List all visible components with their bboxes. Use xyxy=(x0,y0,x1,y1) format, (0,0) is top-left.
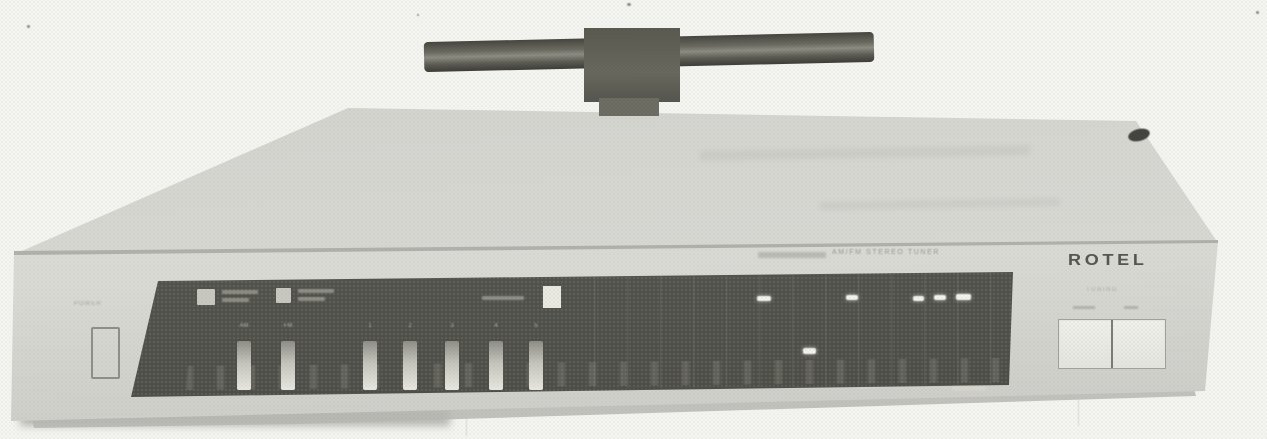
panel-caption-smudge xyxy=(482,296,524,300)
panel-caption-smudge xyxy=(298,297,325,301)
preset-lever xyxy=(445,341,459,390)
tuning-down-mark xyxy=(1073,306,1095,309)
preset-lever xyxy=(403,341,417,390)
power-label: POWER xyxy=(74,301,102,307)
antenna-stem xyxy=(599,98,659,116)
panel-caption-smudge xyxy=(952,386,986,391)
tuning-down-button xyxy=(1060,321,1111,367)
antenna-hub xyxy=(584,28,680,102)
paper-speck xyxy=(27,25,30,28)
panel-caption-smudge xyxy=(222,298,249,302)
preset-lever xyxy=(489,341,503,390)
band-lever-label: AM xyxy=(237,322,251,330)
indicator-lamp xyxy=(197,289,215,305)
rotel-logo: ROTEL xyxy=(1068,251,1148,269)
display-led-segment xyxy=(913,296,924,301)
display-led-segment xyxy=(956,294,971,300)
tuning-up-mark xyxy=(1124,306,1138,309)
preset-lever-label: 1 xyxy=(363,322,377,330)
paper-speck xyxy=(1256,11,1259,14)
indicator-lamp xyxy=(276,288,291,303)
preset-lever xyxy=(363,341,377,390)
preset-lever-label: 4 xyxy=(489,322,503,330)
preset-lever-label: 5 xyxy=(529,322,543,330)
panel-caption-smudge xyxy=(222,290,258,294)
paper-speck xyxy=(627,3,631,6)
preset-lever xyxy=(529,341,543,390)
model-caption-smudge xyxy=(758,252,826,258)
display-led-segment xyxy=(934,295,946,300)
band-lever-am xyxy=(237,341,251,390)
display-led-segment xyxy=(803,348,816,354)
tuning-label: TUNING xyxy=(1086,287,1118,293)
preset-lever-label: 3 xyxy=(445,322,459,330)
band-lever-label: FM xyxy=(281,322,295,330)
band-lever-fm xyxy=(281,341,295,390)
model-caption: AM/FM STEREO TUNER xyxy=(832,249,940,256)
display-led-segment xyxy=(846,295,858,300)
preset-lever-label: 2 xyxy=(403,322,417,330)
power-switch xyxy=(91,327,120,379)
tuning-up-button xyxy=(1113,321,1164,367)
tuning-button-group xyxy=(1058,319,1166,369)
tuner-product-photo: AM FM 1 2 3 4 5 AM/FM STEREO TUNER ROTEL… xyxy=(0,0,1267,439)
display-led-segment xyxy=(757,296,771,301)
memory-button xyxy=(543,286,561,308)
paper-speck xyxy=(417,14,419,16)
panel-caption-smudge xyxy=(298,289,334,293)
scan-scratch xyxy=(1078,398,1079,426)
